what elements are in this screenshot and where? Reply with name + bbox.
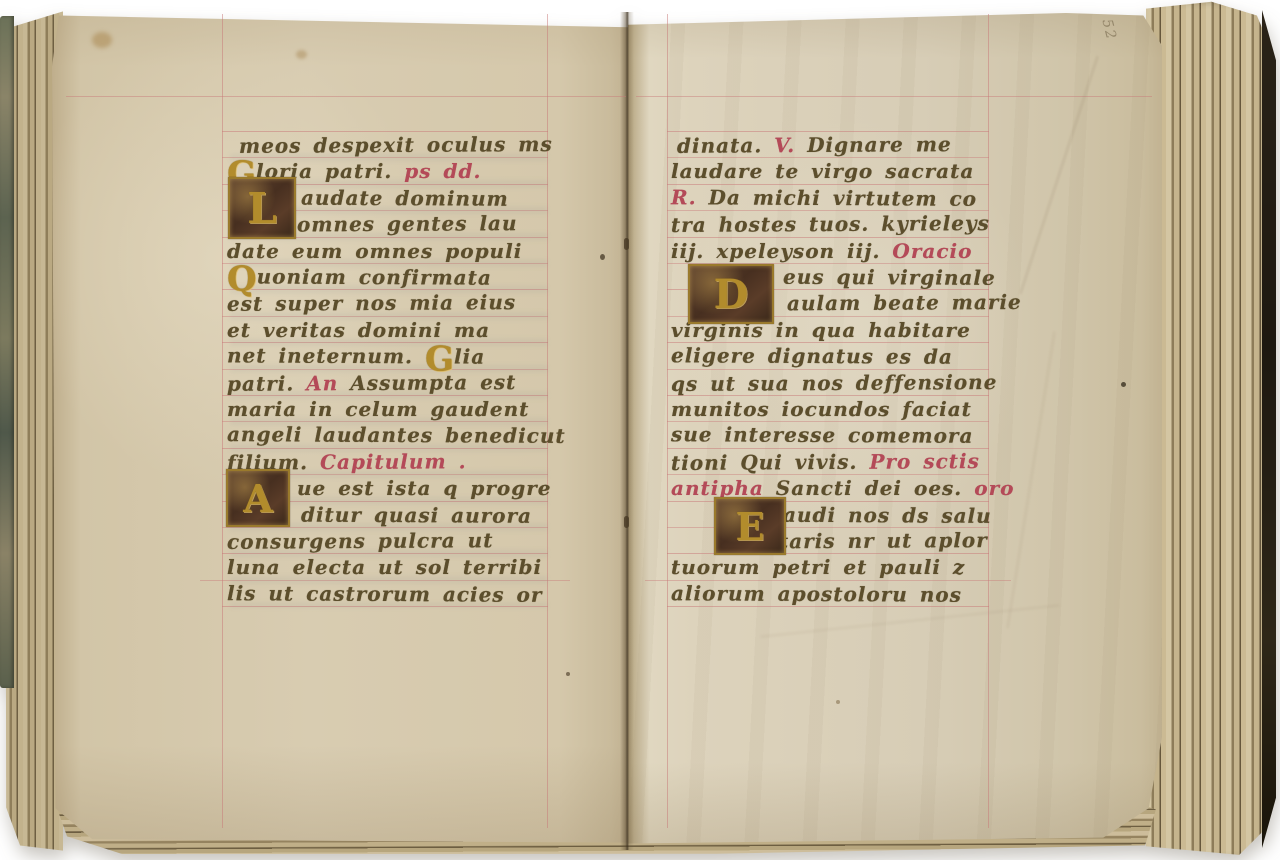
book-gutter [620, 12, 634, 850]
text-segment: audi nos ds salu [783, 502, 992, 527]
text-segment: luna electa ut sol terribi [227, 555, 542, 579]
manuscript-line: qs ut sua nos deffensione [671, 370, 998, 399]
stain [296, 50, 307, 59]
speck [836, 700, 840, 704]
stain [92, 32, 112, 48]
book-cover-left-edge [0, 16, 14, 688]
illuminated-initial-A: A [226, 469, 290, 527]
text-segment: tra hostes tuos. kyrieleys [671, 211, 990, 237]
text-segment: Sancti dei oes. [776, 476, 974, 500]
text-segment: lia [454, 345, 485, 369]
manuscript-line: maria in celum gaudent [227, 397, 529, 424]
text-segment: tuorum petri et pauli z [671, 555, 965, 579]
ruling-line-h [636, 96, 1152, 97]
ruling-line-h [66, 96, 626, 97]
speck [600, 254, 605, 260]
illuminated-initial-D: D [688, 264, 774, 324]
sewing-thread [624, 238, 629, 250]
page-edges-right [1146, 0, 1272, 860]
text-segment: angeli laudantes benedicut [227, 423, 566, 449]
text-segment: maria in celum gaudent [227, 397, 529, 421]
text-segment: omnes gentes lau [297, 211, 518, 236]
manuscript-line: net ineternum. Glia [227, 344, 485, 372]
rubric-text: Oracio [892, 239, 972, 263]
manuscript-line: luna electa ut sol terribi [227, 555, 542, 582]
manuscript-line: munitos iocundos faciat [671, 397, 972, 424]
text-segment: et veritas domini ma [227, 318, 490, 342]
manuscript-line: consurgens pulcra ut [227, 528, 494, 557]
rubric-text: V. [774, 133, 807, 157]
manuscript-line: dinata. V. Dignare me [671, 132, 952, 161]
ruling-line-v [667, 14, 668, 828]
text-segment: laudare te virgo sacrata [671, 159, 974, 183]
text-segment: ditur quasi aurora [301, 502, 532, 527]
manuscript-line: tuorum petri et pauli z [671, 555, 965, 582]
manuscript-line: tra hostes tuos. kyrieleys [671, 211, 990, 240]
rubric-text: Pro sctis [869, 449, 980, 474]
manuscript-line: lis ut castrorum acies or [227, 581, 543, 610]
text-segment: eus qui virginale [783, 265, 996, 290]
manuscript-line: tioni Qui vivis. Pro sctis [671, 449, 980, 478]
text-segment: net ineternum. [227, 344, 425, 369]
text-segment: munitos iocundos faciat [671, 397, 972, 421]
rubric-text: oro [974, 476, 1014, 500]
text-segment: audate dominum [301, 185, 509, 210]
manuscript-line: meos despexit oculus ms [227, 132, 553, 161]
text-segment: lis ut castrorum acies or [227, 581, 543, 607]
text-segment: iij. xpeleyson iij. [671, 239, 892, 263]
illuminated-initial-L: L [228, 177, 296, 239]
text-segment: Dignare me [807, 132, 952, 157]
manuscript-line: Quoniam confirmata [227, 264, 492, 292]
manuscript-line: sue interesse comemora [671, 423, 974, 452]
open-book: meos despexit oculus msGloria patri. ps … [0, 0, 1280, 860]
text-segment: aliorum apostoloru nos [671, 581, 962, 607]
manuscript-line: iij. xpeleyson iij. Oracio [671, 239, 972, 266]
text-segment: uoniam confirmata [257, 264, 492, 289]
text-segment: eligere dignatus es da [671, 343, 953, 368]
rubric-text: ps dd. [404, 159, 481, 183]
text-segment: est super nos mia eius [227, 291, 516, 317]
text-segment: qs ut sua nos deffensione [671, 370, 998, 396]
text-segment: tioni Qui vivis. [671, 450, 870, 475]
text-segment: meos despexit oculus ms [239, 132, 553, 158]
book-cover-right-edge [1262, 10, 1276, 848]
manuscript-line: aliorum apostoloru nos [671, 581, 962, 610]
text-segment: date eum omnes populi [227, 239, 522, 263]
manuscript-line: R. Da michi virtutem co [671, 185, 977, 214]
text-segment: taris nr ut aplor [779, 528, 988, 553]
manuscript-line: date eum omnes populi [227, 239, 522, 266]
illuminated-initial-E: E [714, 497, 786, 555]
speck [1121, 382, 1126, 387]
sewing-thread [624, 516, 629, 528]
manuscript-photo: meos despexit oculus msGloria patri. ps … [0, 0, 1280, 860]
text-segment: aulam beate marie [787, 290, 1022, 315]
manuscript-line: est super nos mia eius [227, 291, 516, 320]
manuscript-line: angeli laudantes benedicut [227, 423, 566, 452]
rubric-text: An [306, 371, 350, 395]
text-segment: ue est ista q progre [297, 476, 552, 500]
text-segment: Assumpta est [350, 370, 516, 395]
text-segment: consurgens pulcra ut [227, 528, 494, 554]
text-segment: Da michi virtutem co [708, 185, 977, 210]
text-segment: dinata. [677, 133, 774, 158]
text-segment: sue interesse comemora [671, 423, 974, 449]
rubric-text: R. [671, 185, 709, 209]
speck [566, 672, 570, 676]
ruling-line-v [222, 14, 223, 828]
manuscript-line: laudare te virgo sacrata [671, 159, 974, 186]
manuscript-line: eligere dignatus es da [671, 343, 953, 371]
manuscript-line: patri. An Assumpta est [227, 370, 517, 399]
text-segment: patri. [227, 371, 306, 395]
ruling-line-v [988, 14, 989, 828]
rubric-text: Capitulum . [320, 449, 467, 474]
